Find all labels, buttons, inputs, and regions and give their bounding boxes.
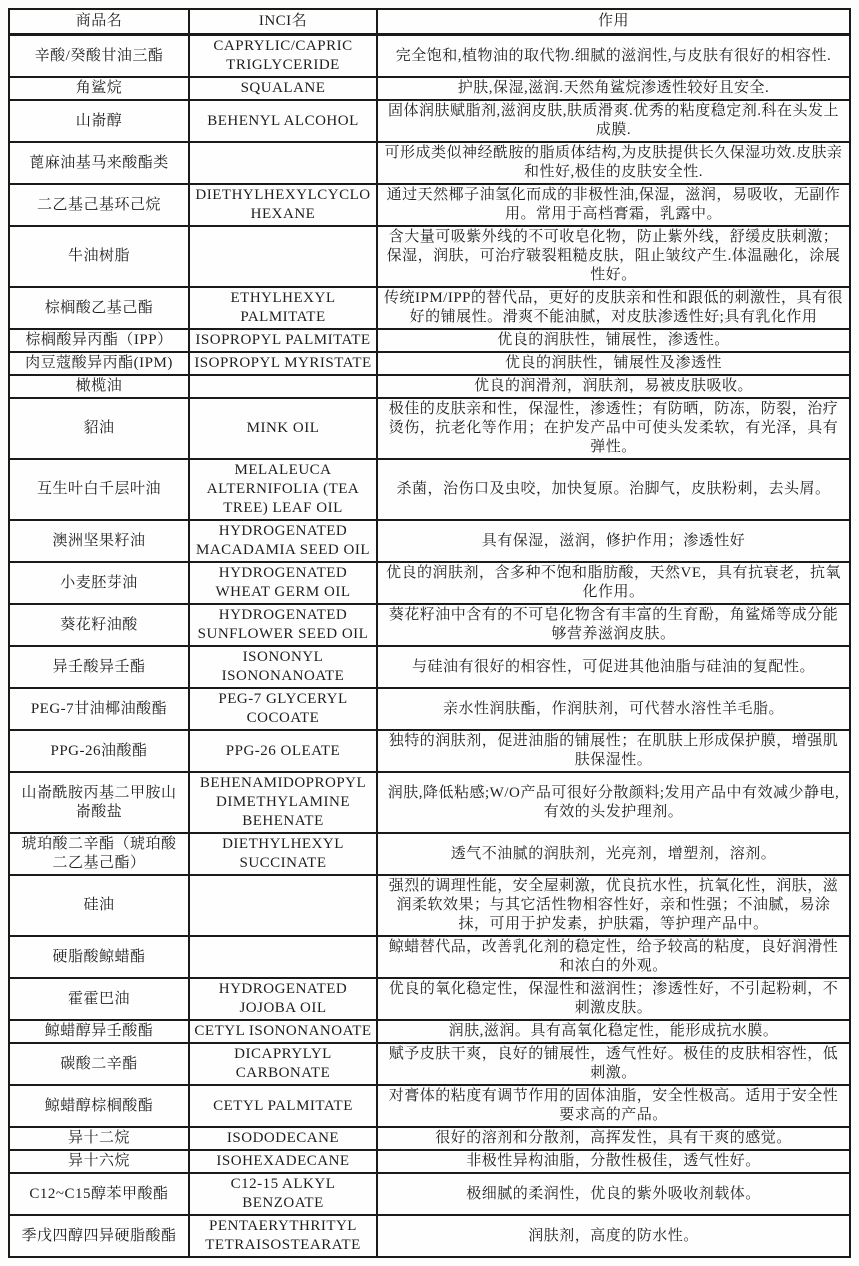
cell-inci-name: HYDROGENATED MACADAMIA SEED OIL [189,520,377,562]
cell-effect: 可形成类似神经酰胺的脂质体结构,为皮肤提供长久保湿功效.皮肤亲和性好,极佳的皮肤… [377,142,850,184]
table-row: 硬脂酸鲸蜡酯 鲸蜡替代品，改善乳化剂的稳定性，给予较高的粘度，良好润滑性和浓白的… [9,936,850,978]
cell-effect: 润肤,滋润。具有高氧化稳定性，能形成抗水膜。 [377,1020,850,1043]
cell-inci-name [189,936,377,978]
cell-inci-name: BEHENAMIDOPROPYL DIMETHYLAMINE BEHENATE [189,772,377,833]
cell-effect: 固体润肤赋脂剂,滋润皮肤,肤质滑爽.优秀的粘度稳定剂.科在头发上成膜. [377,100,850,142]
cell-effect: 杀菌，治伤口及虫咬，加快复原。治脚气，皮肤粉刺，去头屑。 [377,459,850,520]
cell-inci-name: HYDROGENATED JOJOBA OIL [189,978,377,1020]
table-row: 牛油树脂 含大量可吸紫外线的不可收皂化物，防止紫外线，舒缓皮肤刺激；保湿，润肤，… [9,226,850,287]
cell-effect: 葵花籽油中含有的不可皂化物含有丰富的生育酚，角鲨烯等成分能够营养滋润皮肤。 [377,604,850,646]
table-row: 澳洲坚果籽油 HYDROGENATED MACADAMIA SEED OIL 具… [9,520,850,562]
cell-effect: 润肤剂，高度的防水性。 [377,1215,850,1257]
cell-product-name: 碳酸二辛酯 [9,1043,189,1085]
cell-product-name: 霍霍巴油 [9,978,189,1020]
cell-effect: 通过天然椰子油氢化而成的非极性油,保湿，滋润，易吸收，无副作用。常用于高档膏霜，… [377,184,850,226]
cell-effect: 优良的润滑剂，润肤剂，易被皮肤吸收。 [377,375,850,398]
table-row: 鲸蜡醇棕榈酸酯 CETYL PALMITATE 对膏体的粘度有调节作用的固体油脂… [9,1085,850,1127]
column-header-effect: 作用 [377,9,850,35]
cell-inci-name: C12-15 ALKYL BENZOATE [189,1173,377,1215]
table-body: 辛酸/癸酸甘油三酯 CAPRYLIC/CAPRIC TRIGLYCERIDE 完… [9,35,850,1258]
table-row: 互生叶白千层叶油 MELALEUCA ALTERNIFOLIA (TEA TRE… [9,459,850,520]
cell-inci-name: ISODODECANE [189,1127,377,1150]
table-header: 商品名 INCI名 作用 [9,9,850,35]
cell-inci-name: DIETHYLHEXYLCYCLOHEXANE [189,184,377,226]
cell-effect: 润肤,降低粘感;W/O产品可很好分散颜料;发用产品中有效减少静电,有效的头发护理… [377,772,850,833]
cell-product-name: 角鲨烷 [9,77,189,100]
cell-product-name: 鲸蜡醇异壬酸酯 [9,1020,189,1043]
cell-product-name: 山嵛醇 [9,100,189,142]
cell-product-name: 牛油树脂 [9,226,189,287]
table-row: 肉豆蔻酸异丙酯(IPM) ISOPROPYL MYRISTATE 优良的润肤性，… [9,352,850,375]
cell-inci-name: BEHENYL ALCOHOL [189,100,377,142]
cell-product-name: 澳洲坚果籽油 [9,520,189,562]
cell-inci-name: ETHYLHEXYL PALMITATE [189,287,377,329]
cell-effect: 与硅油有很好的相容性，可促进其他油脂与硅油的复配性。 [377,646,850,688]
cell-effect: 护肤,保湿,滋润.天然角鲨烷渗透性较好且安全. [377,77,850,100]
table-row: 山嵛醇 BEHENYL ALCOHOL 固体润肤赋脂剂,滋润皮肤,肤质滑爽.优秀… [9,100,850,142]
column-header-product-name: 商品名 [9,9,189,35]
table-row: 小麦胚芽油 HYDROGENATED WHEAT GERM OIL 优良的润肤剂… [9,562,850,604]
cell-product-name: 琥珀酸二辛酯（琥珀酸二乙基己酯） [9,833,189,875]
cell-effect: 完全饱和,植物油的取代物.细腻的滋润性,与皮肤有很好的相容性. [377,35,850,78]
table-row: 山嵛酰胺丙基二甲胺山嵛酸盐 BEHENAMIDOPROPYL DIMETHYLA… [9,772,850,833]
table-row: 葵花籽油酸 HYDROGENATED SUNFLOWER SEED OIL 葵花… [9,604,850,646]
table-row: 异十六烷 ISOHEXADECANE 非极性异构油脂，分散性极佳，透气性好。 [9,1150,850,1173]
cell-inci-name: ISOPROPYL MYRISTATE [189,352,377,375]
cell-product-name: PPG-26油酸酯 [9,730,189,772]
cell-product-name: PEG-7甘油椰油酸酯 [9,688,189,730]
table-row: 异十二烷 ISODODECANE 很好的溶剂和分散剂，高挥发性，具有干爽的感觉。 [9,1127,850,1150]
cell-product-name: 硬脂酸鲸蜡酯 [9,936,189,978]
cell-inci-name: MINK OIL [189,398,377,459]
cell-effect: 优良的氧化稳定性，保湿性和滋润性；渗透性好，不引起粉刺，不刺激皮肤。 [377,978,850,1020]
cell-inci-name: HYDROGENATED WHEAT GERM OIL [189,562,377,604]
document-page: 商品名 INCI名 作用 辛酸/癸酸甘油三酯 CAPRYLIC/CAPRIC T… [0,0,859,1266]
cell-product-name: 辛酸/癸酸甘油三酯 [9,35,189,78]
table-row: 蓖麻油基马来酸酯类 可形成类似神经酰胺的脂质体结构,为皮肤提供长久保湿功效.皮肤… [9,142,850,184]
cell-inci-name [189,375,377,398]
table-row: 棕榈酸乙基己酯 ETHYLHEXYL PALMITATE 传统IPM/IPP的替… [9,287,850,329]
cell-product-name: 异十六烷 [9,1150,189,1173]
table-row: PPG-26油酸酯 PPG-26 OLEATE 独特的润肤剂，促进油脂的铺展性；… [9,730,850,772]
cell-inci-name: CETYL PALMITATE [189,1085,377,1127]
cell-product-name: 异十二烷 [9,1127,189,1150]
cell-inci-name: HYDROGENATED SUNFLOWER SEED OIL [189,604,377,646]
cell-inci-name: DIETHYLHEXYL SUCCINATE [189,833,377,875]
cell-effect: 非极性异构油脂，分散性极佳，透气性好。 [377,1150,850,1173]
cell-inci-name: PENTAERYTHRITYL TETRAISOSTEARATE [189,1215,377,1257]
cell-inci-name: DICAPRYLYL CARBONATE [189,1043,377,1085]
cell-effect: 透气不油腻的润肤剂，光亮剂，增塑剂，溶剂。 [377,833,850,875]
cell-effect: 具有保湿，滋润，修护作用；渗透性好 [377,520,850,562]
table-row: 鲸蜡醇异壬酸酯 CETYL ISONONANOATE 润肤,滋润。具有高氧化稳定… [9,1020,850,1043]
cell-effect: 对膏体的粘度有调节作用的固体油脂，安全性极高。适用于安全性要求高的产品。 [377,1085,850,1127]
cell-inci-name [189,875,377,936]
table-row: 棕榈酸异丙酯（IPP） ISOPROPYL PALMITATE 优良的润肤性，铺… [9,329,850,352]
cell-inci-name: PPG-26 OLEATE [189,730,377,772]
cell-effect: 鲸蜡替代品，改善乳化剂的稳定性，给予较高的粘度，良好润滑性和浓白的外观。 [377,936,850,978]
table-row: 碳酸二辛酯 DICAPRYLYL CARBONATE 赋予皮肤干爽，良好的铺展性… [9,1043,850,1085]
cell-product-name: 互生叶白千层叶油 [9,459,189,520]
cell-product-name: 肉豆蔻酸异丙酯(IPM) [9,352,189,375]
table-row: 季戊四醇四异硬脂酸酯 PENTAERYTHRITYL TETRAISOSTEAR… [9,1215,850,1257]
cell-product-name: C12~C15醇苯甲酸酯 [9,1173,189,1215]
cell-effect: 赋予皮肤干爽，良好的铺展性，透气性好。极佳的皮肤相容性，低刺激。 [377,1043,850,1085]
table-row: 橄榄油 优良的润滑剂，润肤剂，易被皮肤吸收。 [9,375,850,398]
table-row: 硅油 强烈的调理性能，安全屋刺激，优良抗水性，抗氧化性，润肤，滋润柔软效果；与其… [9,875,850,936]
cell-inci-name: ISOPROPYL PALMITATE [189,329,377,352]
cell-effect: 极细腻的柔润性，优良的紫外吸收剂载体。 [377,1173,850,1215]
cell-effect: 强烈的调理性能，安全屋刺激，优良抗水性，抗氧化性，润肤，滋润柔软效果；与其它活性… [377,875,850,936]
header-row: 商品名 INCI名 作用 [9,9,850,35]
cell-effect: 亲水性润肤酯，作润肤剂，可代替水溶性羊毛脂。 [377,688,850,730]
cell-product-name: 山嵛酰胺丙基二甲胺山嵛酸盐 [9,772,189,833]
cell-product-name: 小麦胚芽油 [9,562,189,604]
table-row: 二乙基己基环己烷 DIETHYLHEXYLCYCLOHEXANE 通过天然椰子油… [9,184,850,226]
cell-effect: 优良的润肤性，铺展性及渗透性 [377,352,850,375]
table-row: 异壬酸异壬酯 ISONONYL ISONONANOATE 与硅油有很好的相容性，… [9,646,850,688]
cell-inci-name: MELALEUCA ALTERNIFOLIA (TEA TREE) LEAF O… [189,459,377,520]
cell-product-name: 二乙基己基环己烷 [9,184,189,226]
cell-product-name: 季戊四醇四异硬脂酸酯 [9,1215,189,1257]
table-row: C12~C15醇苯甲酸酯 C12-15 ALKYL BENZOATE 极细腻的柔… [9,1173,850,1215]
cell-effect: 优良的润肤性，铺展性，渗透性。 [377,329,850,352]
table-row: 霍霍巴油 HYDROGENATED JOJOBA OIL 优良的氧化稳定性，保湿… [9,978,850,1020]
cell-product-name: 葵花籽油酸 [9,604,189,646]
table-row: 琥珀酸二辛酯（琥珀酸二乙基己酯） DIETHYLHEXYL SUCCINATE … [9,833,850,875]
cell-inci-name [189,226,377,287]
cell-product-name: 硅油 [9,875,189,936]
table-row: 角鲨烷 SQUALANE 护肤,保湿,滋润.天然角鲨烷渗透性较好且安全. [9,77,850,100]
cell-effect: 独特的润肤剂，促进油脂的铺展性；在肌肤上形成保护膜，增强肌肤保湿性。 [377,730,850,772]
cell-product-name: 貂油 [9,398,189,459]
cell-effect: 传统IPM/IPP的替代品，更好的皮肤亲和性和跟低的刺激性，具有很好的铺展性。滑… [377,287,850,329]
cell-inci-name [189,142,377,184]
ingredients-table: 商品名 INCI名 作用 辛酸/癸酸甘油三酯 CAPRYLIC/CAPRIC T… [8,8,851,1258]
column-header-inci-name: INCI名 [189,9,377,35]
cell-effect: 含大量可吸紫外线的不可收皂化物，防止紫外线，舒缓皮肤刺激；保湿，润肤，可治疗皲裂… [377,226,850,287]
table-row: 貂油 MINK OIL 极佳的皮肤亲和性，保湿性，渗透性；有防晒，防冻，防裂，治… [9,398,850,459]
cell-product-name: 异壬酸异壬酯 [9,646,189,688]
cell-effect: 很好的溶剂和分散剂，高挥发性，具有干爽的感觉。 [377,1127,850,1150]
table-row: 辛酸/癸酸甘油三酯 CAPRYLIC/CAPRIC TRIGLYCERIDE 完… [9,35,850,78]
cell-product-name: 橄榄油 [9,375,189,398]
cell-product-name: 棕榈酸乙基己酯 [9,287,189,329]
cell-effect: 极佳的皮肤亲和性，保湿性，渗透性；有防晒，防冻，防裂，治疗烫伤，抗老化等作用；在… [377,398,850,459]
cell-inci-name: SQUALANE [189,77,377,100]
cell-inci-name: ISOHEXADECANE [189,1150,377,1173]
cell-product-name: 棕榈酸异丙酯（IPP） [9,329,189,352]
cell-product-name: 鲸蜡醇棕榈酸酯 [9,1085,189,1127]
cell-product-name: 蓖麻油基马来酸酯类 [9,142,189,184]
cell-inci-name: CAPRYLIC/CAPRIC TRIGLYCERIDE [189,35,377,78]
cell-inci-name: PEG-7 GLYCERYL COCOATE [189,688,377,730]
cell-effect: 优良的润肤剂，含多种不饱和脂肪酸，天然VE，具有抗衰老，抗氧化作用。 [377,562,850,604]
cell-inci-name: CETYL ISONONANOATE [189,1020,377,1043]
cell-inci-name: ISONONYL ISONONANOATE [189,646,377,688]
table-row: PEG-7甘油椰油酸酯 PEG-7 GLYCERYL COCOATE 亲水性润肤… [9,688,850,730]
